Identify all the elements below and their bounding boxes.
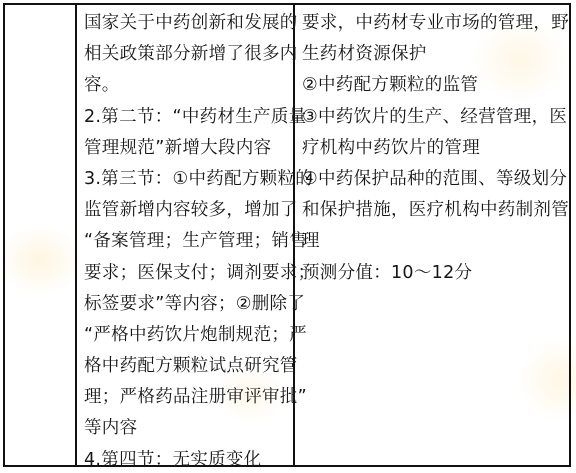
text-line: “备案管理；生产管理；销售 bbox=[84, 226, 293, 257]
text-line: 理；严格药品注册审评审批” bbox=[84, 382, 293, 413]
table-cell-changes: 国家关于中药创新和发展的 相关政策部分新增了很多内 容。 2.第二节：“中药材生… bbox=[77, 5, 295, 465]
text-line: 监管新增内容较多，增加了 bbox=[84, 195, 293, 226]
text-line: 2.第二节：“中药材生产质量 bbox=[84, 102, 293, 133]
table-cell-empty bbox=[5, 5, 77, 465]
text-line: 生药材资源保护 bbox=[302, 39, 569, 70]
text-line: 容。 bbox=[84, 70, 293, 101]
text-line: 疗机构中药饮片的管理 bbox=[302, 133, 569, 164]
text-line: 3.第三节：①中药配方颗粒的 bbox=[84, 164, 293, 195]
text-line: 格中药配方颗粒试点研究管 bbox=[84, 351, 293, 382]
text-line: 等内容 bbox=[84, 413, 293, 444]
content-table: 国家关于中药创新和发展的 相关政策部分新增了很多内 容。 2.第二节：“中药材生… bbox=[3, 3, 571, 467]
table-cell-key-points: 要求，中药材专业市场的管理，野 生药材资源保护 ②中药配方颗粒的监管 ③中药饮片… bbox=[295, 5, 569, 465]
text-line: 要求，中药材专业市场的管理，野 bbox=[302, 8, 569, 39]
text-line: 4.第四节：无实质变化 bbox=[84, 445, 293, 473]
text-line: “严格中药饮片炮制规范；严 bbox=[84, 320, 293, 351]
text-line: ④中药保护品种的范围、等级划分 bbox=[302, 164, 569, 195]
text-line: 国家关于中药创新和发展的 bbox=[84, 8, 293, 39]
text-line: 标签要求”等内容；②删除了 bbox=[84, 289, 293, 320]
text-line: 理 bbox=[302, 226, 569, 257]
text-line: 要求；医保支付；调剂要求； bbox=[84, 258, 293, 289]
text-line: ③中药饮片的生产、经营管理，医 bbox=[302, 102, 569, 133]
text-line: 相关政策部分新增了很多内 bbox=[84, 39, 293, 70]
text-line: ②中药配方颗粒的监管 bbox=[302, 70, 569, 101]
text-line: 和保护措施，医疗机构中药制剂管 bbox=[302, 195, 569, 226]
predicted-score: 预测分值：10～12分 bbox=[302, 258, 569, 289]
text-line: 管理规范”新增大段内容 bbox=[84, 133, 293, 164]
